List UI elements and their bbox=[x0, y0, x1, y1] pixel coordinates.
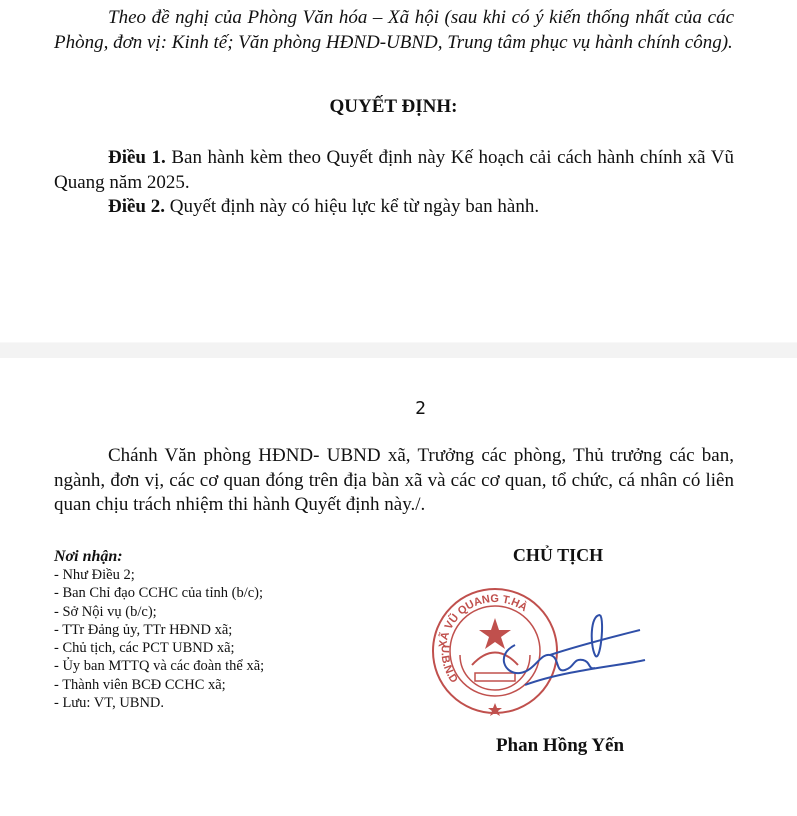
recipient-item: - Ban Chỉ đạo CCHC của tỉnh (b/c); bbox=[54, 584, 264, 602]
signer-title: CHỦ TỊCH bbox=[470, 545, 646, 566]
recipient-item: - Ủy ban MTTQ và các đoàn thể xã; bbox=[54, 657, 264, 675]
article-1: Điều 1. Ban hành kèm theo Quyết định này… bbox=[54, 146, 734, 195]
signer-name: Phan Hồng Yến bbox=[470, 735, 650, 757]
article-2-label: Điều 2. bbox=[108, 196, 165, 217]
recipient-item: - TTr Đảng ủy, TTr HĐND xã; bbox=[54, 621, 264, 639]
recipient-item: - Như Điều 2; bbox=[54, 566, 264, 584]
recipient-item: - Thành viên BCĐ CCHC xã; bbox=[54, 676, 264, 694]
article-1-label: Điều 1. bbox=[108, 147, 166, 168]
decision-title: QUYẾT ĐỊNH: bbox=[0, 96, 787, 118]
page-separator bbox=[0, 342, 797, 359]
preamble-paragraph: Theo đề nghị của Phòng Văn hóa – Xã hội … bbox=[54, 6, 734, 55]
article-2-text: Quyết định này có hiệu lực kể từ ngày ba… bbox=[165, 196, 539, 217]
recipients-list: - Như Điều 2;- Ban Chỉ đạo CCHC của tỉnh… bbox=[54, 566, 264, 712]
page-number: 2 bbox=[0, 398, 797, 419]
recipients-block: Nơi nhận: - Như Điều 2;- Ban Chỉ đạo CCH… bbox=[54, 547, 264, 712]
seal-icon: XÃ VŨ QUANG T.HÀ U.B.N.D bbox=[433, 589, 557, 716]
article-2: Điều 2. Quyết định này có hiệu lực kể từ… bbox=[54, 195, 734, 220]
execution-paragraph: Chánh Văn phòng HĐND- UBND xã, Trưởng cá… bbox=[54, 444, 734, 518]
official-seal-and-signature-icon: XÃ VŨ QUANG T.HÀ U.B.N.D bbox=[430, 585, 660, 720]
recipient-item: - Lưu: VT, UBND. bbox=[54, 694, 264, 712]
recipients-heading: Nơi nhận: bbox=[54, 547, 264, 566]
recipient-item: - Sở Nội vụ (b/c); bbox=[54, 603, 264, 621]
recipient-item: - Chủ tịch, các PCT UBND xã; bbox=[54, 639, 264, 657]
svg-text:U.B.N.D: U.B.N.D bbox=[438, 645, 459, 686]
